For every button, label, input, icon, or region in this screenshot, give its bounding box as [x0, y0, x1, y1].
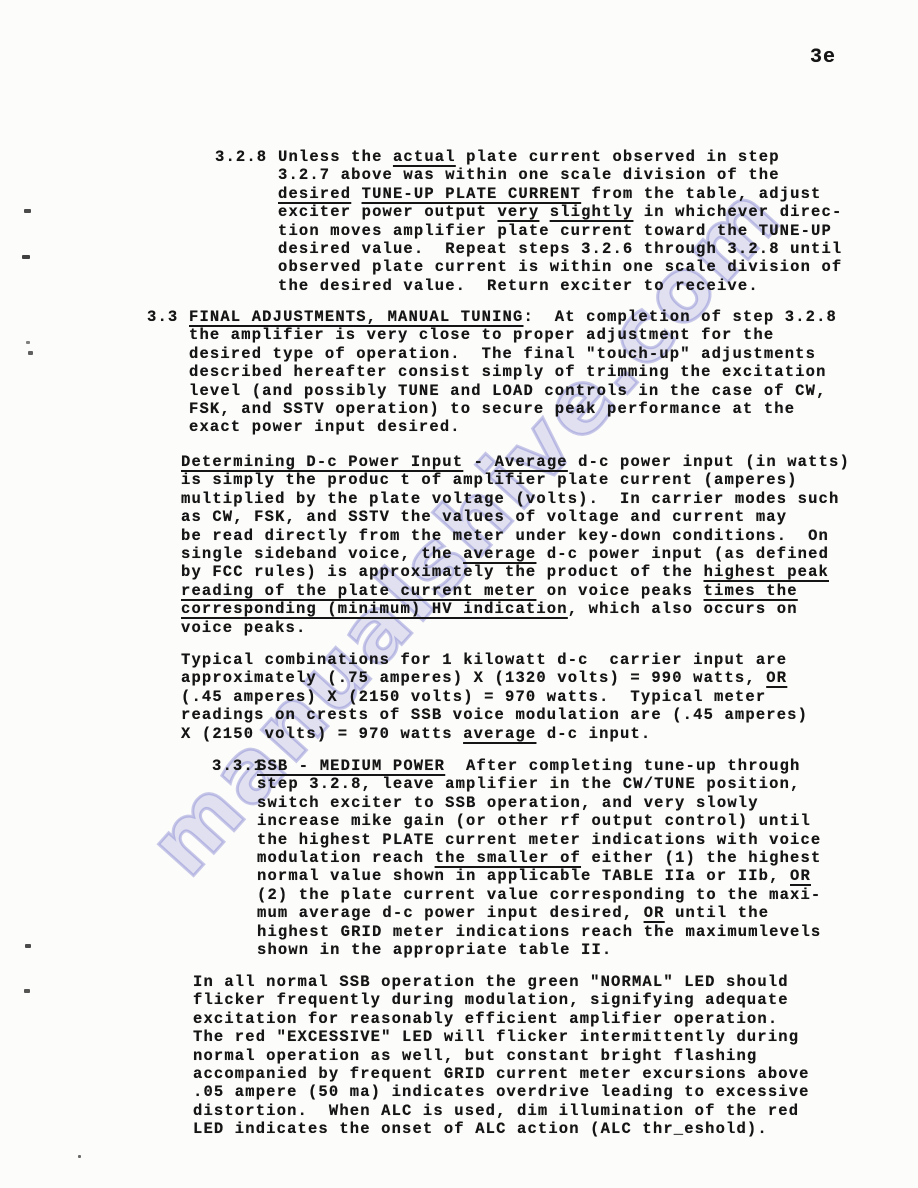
scan-speck [24, 989, 30, 993]
paragraph-led-indicators: In all normal SSB operation the green "N… [193, 973, 810, 1139]
text-line: shown in the appropriate table II. [257, 941, 821, 959]
text-line: flicker frequently during modulation, si… [193, 991, 810, 1009]
text-line: distortion. When ALC is used, dim illumi… [193, 1102, 810, 1120]
text-line: desired value. Repeat steps 3.2.6 throug… [278, 240, 842, 258]
text-line: normal operation as well, but constant b… [193, 1047, 810, 1065]
section-3-2-8: 3.2.8 Unless the actual plate current ob… [278, 148, 842, 295]
paragraph-body: In all normal SSB operation the green "N… [193, 973, 810, 1139]
text-line: increase mike gain (or other rf output c… [257, 812, 821, 830]
text-line: 3.2.7 above was within one scale divisio… [278, 166, 842, 184]
text-line: exciter power output very slightly in wh… [278, 203, 842, 221]
section-body: FINAL ADJUSTMENTS, MANUAL TUNING: At com… [189, 308, 837, 437]
section-3-3-final-adjustments: 3.3 FINAL ADJUSTMENTS, MANUAL TUNING: At… [189, 308, 837, 437]
section-body: Unless the actual plate current observed… [278, 148, 842, 295]
scanned-manual-page: manualshive.com 3e 3.2.8 Unless the actu… [0, 0, 918, 1188]
text-line: as CW, FSK, and SSTV the values of volta… [181, 508, 850, 526]
text-line: In all normal SSB operation the green "N… [193, 973, 810, 991]
text-line: exact power input desired. [189, 418, 837, 436]
text-line: tion moves amplifier plate current towar… [278, 222, 842, 240]
section-number: 3.3.1 [212, 757, 264, 775]
section-number: 3.3 [147, 308, 178, 326]
text-line: single sideband voice, the average d-c p… [181, 545, 850, 563]
text-line: level (and possibly TUNE and LOAD contro… [189, 382, 837, 400]
text-line: X (2150 volts) = 970 watts average d-c i… [181, 725, 808, 743]
text-line: Determining D-c Power Input - Average d-… [181, 453, 850, 471]
paragraph-body: Typical combinations for 1 kilowatt d-c … [181, 651, 808, 743]
text-line: highest GRID meter indications reach the… [257, 923, 821, 941]
text-line: multiplied by the plate voltage (volts).… [181, 490, 850, 508]
text-line: the desired value. Return exciter to rec… [278, 277, 842, 295]
text-line: corresponding (minimum) HV indication, w… [181, 600, 850, 618]
text-line: .05 ampere (50 ma) indicates overdrive l… [193, 1083, 810, 1101]
paragraph-typical-combinations: Typical combinations for 1 kilowatt d-c … [181, 651, 808, 743]
text-line: Typical combinations for 1 kilowatt d-c … [181, 651, 808, 669]
scan-speck [25, 944, 31, 948]
text-line: be read directly from the meter under ke… [181, 527, 850, 545]
text-line: mum average d-c power input desired, OR … [257, 904, 821, 922]
section-3-3-1-ssb-medium-power: 3.3.1 SSB - MEDIUM POWER After completin… [257, 757, 821, 959]
text-line: approximately (.75 amperes) X (1320 volt… [181, 669, 808, 687]
section-number: 3.2.8 [215, 148, 267, 166]
text-line: is simply the produc t of amplifier plat… [181, 471, 850, 489]
text-line: readings on crests of SSB voice modulati… [181, 706, 808, 724]
text-line: (2) the plate current value correspondin… [257, 886, 821, 904]
text-line: observed plate current is within one sca… [278, 258, 842, 276]
scan-speck [26, 341, 30, 344]
scan-speck [24, 209, 31, 213]
text-line: excitation for reasonably efficient ampl… [193, 1010, 810, 1028]
text-line: Unless the actual plate current observed… [278, 148, 842, 166]
text-line: accompanied by frequent GRID current met… [193, 1065, 810, 1083]
scan-speck [28, 351, 33, 355]
text-line: normal value shown in applicable TABLE I… [257, 867, 821, 885]
text-line: described hereafter consist simply of tr… [189, 363, 837, 381]
text-line: voice peaks. [181, 619, 850, 637]
text-line: the highest PLATE current meter indicati… [257, 831, 821, 849]
text-line: The red "EXCESSIVE" LED will flicker int… [193, 1028, 810, 1046]
text-line: switch exciter to SSB operation, and ver… [257, 794, 821, 812]
text-line: FSK, and SSTV operation) to secure peak … [189, 400, 837, 418]
page-number: 3e [810, 46, 836, 69]
text-line: LED indicates the onset of ALC action (A… [193, 1120, 810, 1138]
text-line: reading of the plate current meter on vo… [181, 582, 850, 600]
scan-speck [22, 255, 30, 259]
text-line: FINAL ADJUSTMENTS, MANUAL TUNING: At com… [189, 308, 837, 326]
text-line: SSB - MEDIUM POWER After completing tune… [257, 757, 821, 775]
text-line: by FCC rules) is approximately the produ… [181, 563, 850, 581]
text-line: desired TUNE-UP PLATE CURRENT from the t… [278, 185, 842, 203]
text-line: desired type of operation. The final "to… [189, 345, 837, 363]
paragraph-determining-dc-power-input: Determining D-c Power Input - Average d-… [181, 453, 850, 637]
scan-speck [78, 1155, 81, 1158]
section-body: SSB - MEDIUM POWER After completing tune… [257, 757, 821, 959]
paragraph-body: Determining D-c Power Input - Average d-… [181, 453, 850, 637]
text-line: modulation reach the smaller of either (… [257, 849, 821, 867]
text-line: the amplifier is very close to proper ad… [189, 326, 837, 344]
text-line: step 3.2.8, leave amplifier in the CW/TU… [257, 775, 821, 793]
text-line: (.45 amperes) X (2150 volts) = 970 watts… [181, 688, 808, 706]
